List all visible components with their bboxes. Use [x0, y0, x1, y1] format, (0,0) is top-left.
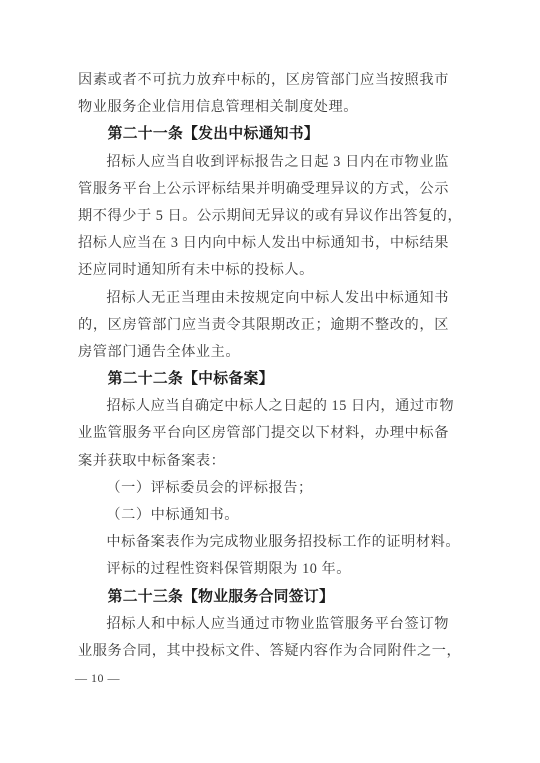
text-line: 业监管服务平台向区房管部门提交以下材料，办理中标备	[78, 420, 449, 447]
text-line: 招标人无正当理由未按规定向中标人发出中标通知书	[78, 285, 449, 312]
text-line: （一）评标委员会的评标报告；	[78, 475, 449, 502]
text-line: 因素或者不可抗力放弃中标的，区房管部门应当按照我市	[78, 67, 449, 94]
text-line: 招标人应当自确定中标人之日起的 15 日内，通过市物	[78, 393, 449, 420]
text-line: 中标备案表作为完成物业服务招投标工作的证明材料。	[78, 529, 449, 556]
text-line: 期不得少于 5 日。公示期间无异议的或有异议作出答复的，	[78, 203, 449, 230]
text-line: 案并获取中标备案表：	[78, 448, 449, 475]
document-page: 因素或者不可抗力放弃中标的，区房管部门应当按照我市物业服务企业信用信息管理相关制…	[0, 0, 540, 763]
document-body: 因素或者不可抗力放弃中标的，区房管部门应当按照我市物业服务企业信用信息管理相关制…	[78, 67, 449, 692]
text-line: 业服务合同，其中投标文件、答疑内容作为合同附件之一，	[78, 638, 449, 665]
text-line: 招标人和中标人应当通过市物业监管服务平台签订物	[78, 611, 449, 638]
text-line: 招标人应当自收到评标报告之日起 3 日内在市物业监	[78, 149, 449, 176]
text-line: 还应同时通知所有未中标的投标人。	[78, 257, 449, 284]
article-heading: 第二十一条【发出中标通知书】	[78, 121, 449, 148]
text-line: 管服务平台上公示评标结果并明确受理异议的方式，公示	[78, 176, 449, 203]
text-line: 评标的过程性资料保管期限为 10 年。	[78, 556, 449, 583]
article-heading: 第二十三条【物业服务合同签订】	[78, 584, 449, 611]
page-number: — 10 —	[75, 665, 446, 692]
article-heading: 第二十二条【中标备案】	[78, 366, 449, 393]
text-line: 的，区房管部门应当责令其限期改正；逾期不整改的，区	[78, 312, 449, 339]
text-line: （二）中标通知书。	[78, 502, 449, 529]
text-line: 物业服务企业信用信息管理相关制度处理。	[78, 94, 449, 121]
text-line: 招标人应当在 3 日内向中标人发出中标通知书，中标结果	[78, 230, 449, 257]
text-line: 房管部门通告全体业主。	[78, 339, 449, 366]
